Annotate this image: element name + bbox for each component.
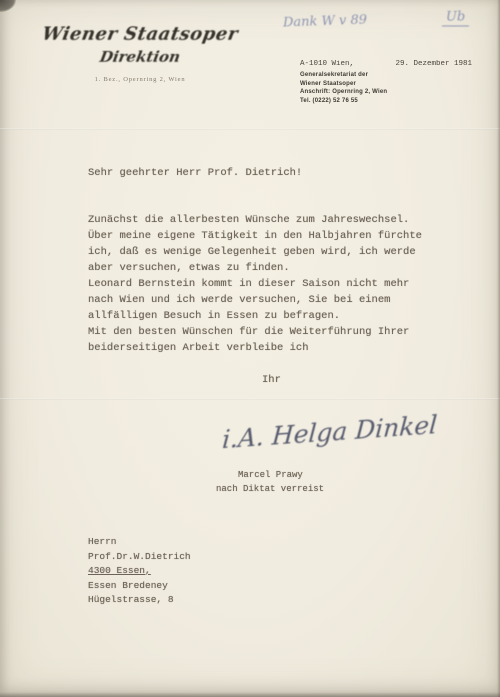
handwritten-signature: i.A. Helga Dinkel bbox=[221, 411, 433, 455]
letterhead-subtitle: Direktion bbox=[28, 48, 251, 66]
fold-line bbox=[0, 128, 500, 130]
scan-edge-shadow bbox=[0, 692, 500, 697]
scan-corner-smudge bbox=[0, 0, 16, 12]
recipient-line: Hügelstrasse, 8 bbox=[88, 593, 191, 608]
letterhead-address-line: 1. Bez., Opernring 2, Wien bbox=[20, 76, 260, 83]
body-line: nach Wien und ich werde versuchen, Sie b… bbox=[88, 292, 438, 308]
sender-city: A-1010 Wien, bbox=[300, 60, 354, 68]
annotation-text: Dank W v 89 bbox=[283, 13, 368, 31]
sender-info-line: Tel. (0222) 52 76 55 bbox=[300, 97, 420, 106]
letterhead-name: Wiener Staatsoper bbox=[28, 24, 252, 45]
recipient-line: Herrn bbox=[88, 535, 191, 550]
body-line: Zunächst die allerbesten Wünsche zum Jah… bbox=[88, 212, 438, 228]
body-line: Mit den besten Wünschen für die Weiterfü… bbox=[88, 324, 438, 340]
recipient-city-line: 4300 Essen, bbox=[88, 564, 191, 579]
body-line: Leonard Bernstein kommt in dieser Saison… bbox=[88, 276, 438, 292]
body-line: Über meine eigene Tätigkeit in den Halbj… bbox=[88, 228, 438, 244]
letter-body: Zunächst die allerbesten Wünsche zum Jah… bbox=[88, 212, 438, 356]
body-line: allfälligen Besuch in Essen zu befragen. bbox=[88, 308, 438, 324]
recipient-address-block: Herrn Prof.Dr.W.Dietrich 4300 Essen, Ess… bbox=[88, 535, 191, 608]
salutation: Sehr geehrter Herr Prof. Dietrich! bbox=[88, 167, 302, 179]
annotation-initials: Ub bbox=[442, 9, 469, 26]
letter-date: 29. Dezember 1981 bbox=[395, 60, 472, 68]
body-line: aber versuchen, etwas zu finden. bbox=[88, 260, 438, 276]
fold-line bbox=[0, 398, 500, 400]
sender-info-line: Anschrift: Opernring 2, Wien bbox=[300, 88, 420, 97]
body-line: ich, daß es wenige Gelegenheit geben wir… bbox=[88, 244, 438, 260]
closing-word: Ihr bbox=[262, 374, 281, 386]
recipient-line: Prof.Dr.W.Dietrich bbox=[88, 550, 191, 565]
signer-name: Marcel Prawy bbox=[238, 470, 303, 480]
sender-info-line: Wiener Staatsoper bbox=[300, 80, 420, 89]
sender-info-line: Generalsekretariat der bbox=[300, 71, 420, 80]
signer-note: nach Diktat verreist bbox=[216, 484, 324, 494]
handwritten-annotation: Dank W v 89 Ub bbox=[283, 9, 483, 33]
body-line: beiderseitigen Arbeit verbleibe ich bbox=[88, 340, 438, 356]
sender-info-block: A-1010 Wien, 29. Dezember 1981 Generalse… bbox=[300, 60, 472, 105]
scanned-letter-page: Wiener Staatsoper Direktion 1. Bez., Ope… bbox=[0, 0, 500, 697]
recipient-line: Essen Bredeney bbox=[88, 579, 191, 594]
